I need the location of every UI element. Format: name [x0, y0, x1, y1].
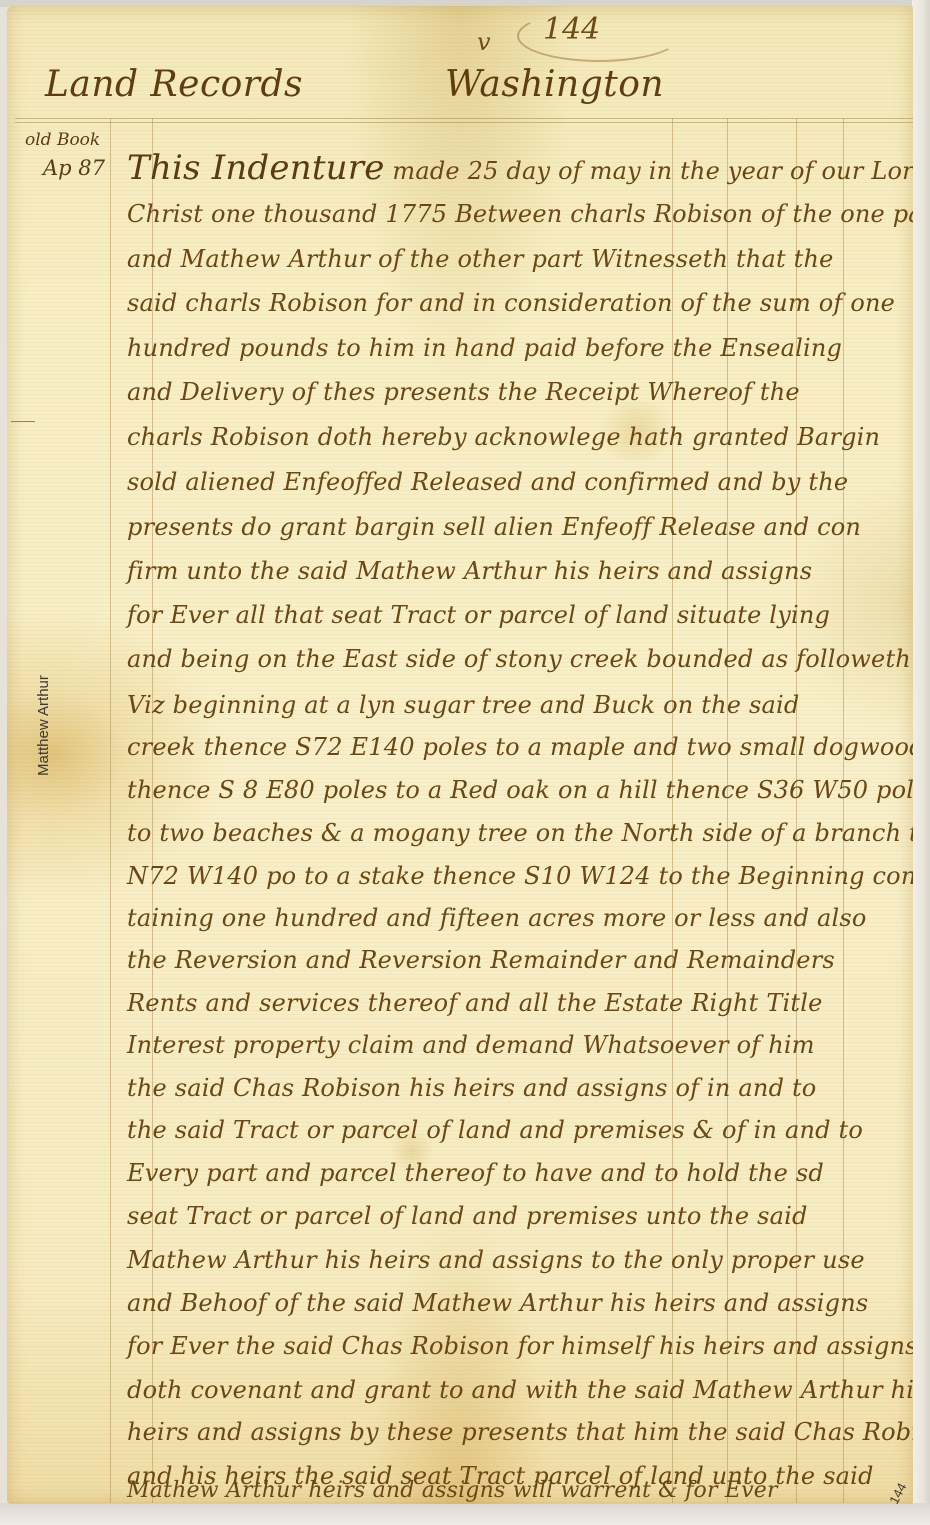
deed-line: seat Tract or parcel of land and premise… — [127, 1202, 913, 1230]
deed-line: the said Tract or parcel of land and pre… — [127, 1116, 913, 1144]
page-number-top: 144 — [543, 12, 600, 47]
deed-line: to two beaches & a mogany tree on the No… — [127, 819, 913, 847]
deed-line: N72 W140 po to a stake thence S10 W124 t… — [127, 862, 913, 890]
deed-line: Interest property claim and demand Whats… — [127, 1031, 913, 1059]
deed-line: presents do grant bargin sell alien Enfe… — [127, 513, 913, 541]
deed-line: the said Chas Robison his heirs and assi… — [127, 1074, 913, 1102]
deed-line: and Behoof of the said Mathew Arthur his… — [127, 1289, 913, 1317]
deed-line: for Ever all that seat Tract or parcel o… — [127, 601, 913, 629]
ledger-page: Land Records Washington v 144 old Book A… — [7, 6, 913, 1504]
margin-rule-left — [110, 118, 111, 1503]
deed-line-last: Mathew Arthur heirs and assigns will war… — [127, 1478, 917, 1503]
deed-line: Mathew Arthur his heirs and assigns to t… — [127, 1246, 913, 1274]
header-right-title: Washington — [445, 64, 664, 105]
deed-line: thence S 8 E80 poles to a Red oak on a h… — [127, 776, 913, 804]
margin-tick-mark — [11, 421, 35, 422]
deed-line: doth covenant and grant to and with the … — [127, 1376, 913, 1404]
header-left-title: Land Records — [45, 64, 303, 105]
deed-line: and Delivery of thes presents the Receip… — [127, 378, 913, 406]
scan-backdrop-bottom — [0, 1503, 930, 1525]
scan-backdrop-right — [912, 0, 930, 1525]
deed-line: hundred pounds to him in hand paid befor… — [127, 334, 913, 362]
deed-line: heirs and assigns by these presents that… — [127, 1418, 913, 1446]
deed-line: and being on the East side of stony cree… — [127, 645, 913, 673]
deed-opening-words: This Indenture — [127, 148, 385, 188]
deed-line-1: This Indenture made 25 day of may in the… — [127, 148, 913, 188]
deed-line: Rents and services thereof and all the E… — [127, 989, 913, 1017]
deed-line: for Ever the said Chas Robison for himse… — [127, 1332, 913, 1360]
header-rule-bottom — [15, 122, 913, 123]
margin-old-book-label: old Book — [25, 130, 100, 150]
header-rule-top — [15, 118, 913, 119]
page-number-prefix: v — [477, 28, 491, 56]
margin-old-book-ref: Ap 87 — [43, 156, 105, 180]
deed-line: firm unto the said Mathew Arthur his hei… — [127, 557, 913, 585]
deed-line: sold aliened Enfeoffed Released and conf… — [127, 468, 913, 496]
deed-line: Every part and parcel thereof to have an… — [127, 1159, 913, 1187]
margin-side-note: Matthew Arthur — [35, 675, 52, 776]
deed-line: the Reversion and Reversion Remainder an… — [127, 946, 913, 974]
deed-line: creek thence S72 E140 poles to a maple a… — [127, 733, 913, 761]
deed-line: Christ one thousand 1775 Between charls … — [127, 200, 913, 228]
deed-line-text: made 25 day of may in the year of our Lo… — [392, 157, 913, 185]
deed-line: taining one hundred and fifteen acres mo… — [127, 904, 913, 932]
deed-line: said charls Robison for and in considera… — [127, 289, 913, 317]
deed-line: Viz beginning at a lyn sugar tree and Bu… — [127, 691, 913, 719]
deed-line: and Mathew Arthur of the other part Witn… — [127, 245, 913, 273]
deed-line: charls Robison doth hereby acknowlege ha… — [127, 423, 913, 451]
